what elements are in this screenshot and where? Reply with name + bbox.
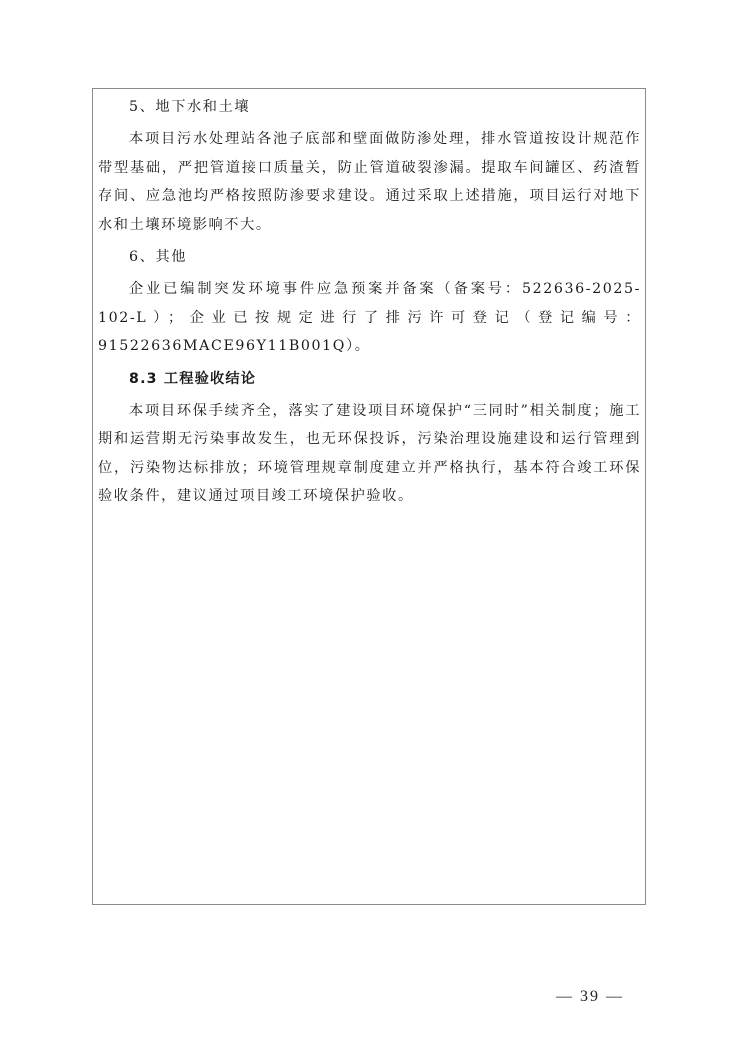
- section-heading-groundwater-soil: 5、地下水和土壤: [98, 93, 641, 121]
- section-heading-acceptance-conclusion: 8.3 工程验收结论: [98, 365, 641, 393]
- paragraph-acceptance-conclusion: 本项目环保手续齐全，落实了建设项目环境保护“三同时”相关制度；施工期和运营期无污…: [98, 397, 641, 511]
- content-frame: 5、地下水和土壤 本项目污水处理站各池子底部和壁面做防渗处理，排水管道按设计规范…: [92, 88, 646, 905]
- document-body: 5、地下水和土壤 本项目污水处理站各池子底部和壁面做防渗处理，排水管道按设计规范…: [93, 89, 645, 511]
- page-number: — 39 —: [540, 988, 640, 1006]
- paragraph-other: 企业已编制突发环境事件应急预案并备案（备案号：522636-2025-102-L…: [98, 275, 641, 360]
- section-heading-other: 6、其他: [98, 243, 641, 271]
- paragraph-groundwater-soil: 本项目污水处理站各池子底部和壁面做防渗处理，排水管道按设计规范作带型基础，严把管…: [98, 125, 641, 239]
